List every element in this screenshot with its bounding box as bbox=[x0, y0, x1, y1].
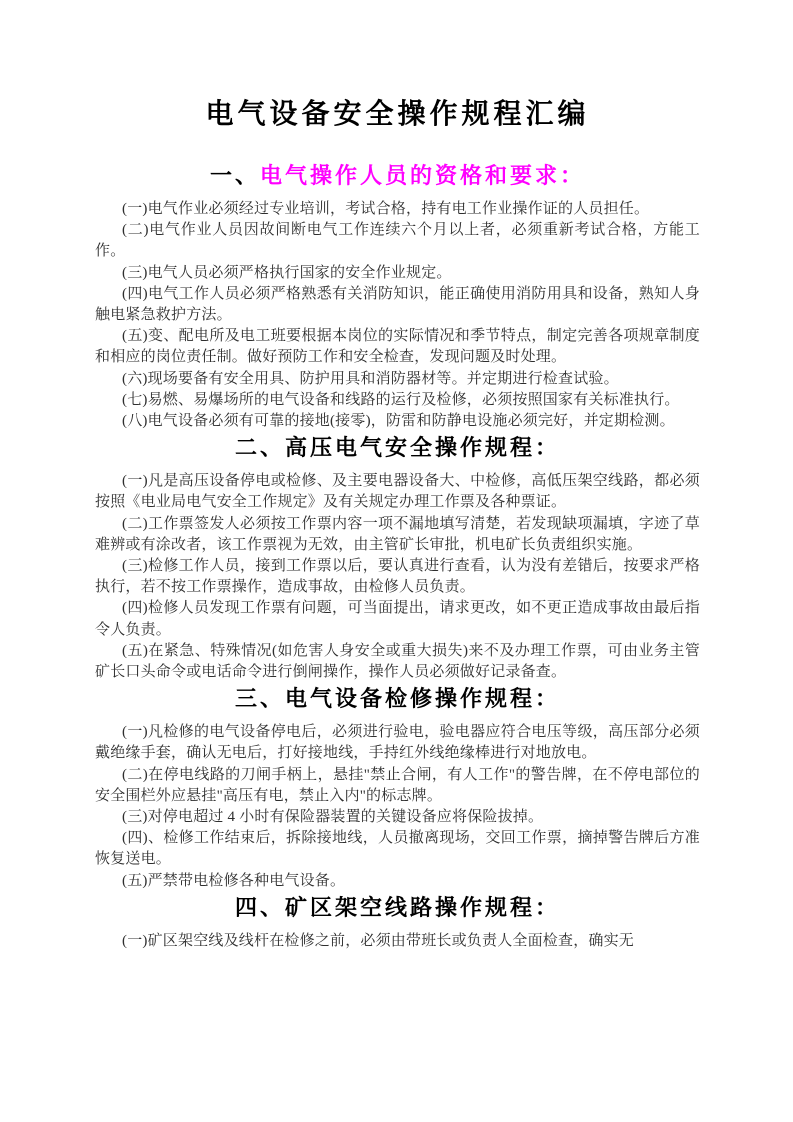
paragraph: (二)工作票签发人必须按工作票内容一项不漏地填写清楚，若发现缺项漏填，字迹了草难… bbox=[95, 514, 700, 556]
paragraph: (五)严禁带电检修各种电气设备。 bbox=[95, 871, 700, 892]
paragraph: (八)电气设备必须有可靠的接地(接零)，防雷和防静电设施必须完好，并定期检测。 bbox=[95, 411, 700, 432]
paragraph: (一)电气作业必须经过专业培训，考试合格，持有电工作业操作证的人员担任。 bbox=[95, 199, 700, 220]
section-3-title: 电气设备检修操作规程： bbox=[285, 686, 560, 711]
paragraph: (四)检修人员发现工作票有问题，可当面提出，请求更改，如不更正造成事故由最后指令… bbox=[95, 598, 700, 640]
section-2-title: 高压电气安全操作规程： bbox=[285, 435, 560, 460]
section-1-title: 电气操作人员的资格和要求： bbox=[260, 163, 585, 188]
paragraph: (三)检修工作人员，接到工作票以后，要认真进行查看，认为没有差错后，按要求严格执… bbox=[95, 556, 700, 598]
paragraph: (三)电气人员必须严格执行国家的安全作业规定。 bbox=[95, 263, 700, 284]
paragraph: (一)矿区架空线及线杆在检修之前，必须由带班长或负责人全面检查，确实无 bbox=[95, 931, 700, 952]
section-3-heading: 三、电气设备检修操作规程： bbox=[95, 685, 700, 713]
paragraph: (二)电气作业人员因故间断电气工作连续六个月以上者，必须重新考试合格，方能工作。 bbox=[95, 220, 700, 262]
section-4: 四、矿区架空线路操作规程： (一)矿区架空线及线杆在检修之前，必须由带班长或负责… bbox=[95, 894, 700, 952]
paragraph: (一)凡是高压设备停电或检修、及主要电器设备大、中检修，高低压架空线路，都必须按… bbox=[95, 471, 700, 513]
paragraph: (四)、检修工作结束后，拆除接地线，人员撤离现场，交回工作票，摘掉警告牌后方准恢… bbox=[95, 828, 700, 870]
paragraph: (四)电气工作人员必须严格熟悉有关消防知识，能正确使用消防用具和设备，熟知人身触… bbox=[95, 284, 700, 326]
section-1-number: 一、 bbox=[210, 163, 260, 188]
section-3-number: 三、 bbox=[235, 686, 285, 711]
paragraph: (一)凡检修的电气设备停电后，必须进行验电，验电器应符合电压等级，高压部分必须戴… bbox=[95, 722, 700, 764]
document-page: 电气设备安全操作规程汇编 一、电气操作人员的资格和要求： (一)电气作业必须经过… bbox=[0, 0, 793, 1122]
paragraph: (六)现场要备有安全用具、防护用具和消防器材等。并定期进行检查试验。 bbox=[95, 369, 700, 390]
section-2-number: 二、 bbox=[235, 435, 285, 460]
document-title: 电气设备安全操作规程汇编 bbox=[95, 98, 700, 132]
section-1-heading: 一、电气操作人员的资格和要求： bbox=[95, 162, 700, 190]
paragraph: (五)变、配电所及电工班要根据本岗位的实际情况和季节特点，制定完善各项规章制度和… bbox=[95, 326, 700, 368]
section-4-heading: 四、矿区架空线路操作规程： bbox=[95, 894, 700, 922]
section-4-title: 矿区架空线路操作规程： bbox=[285, 895, 560, 920]
paragraph: (七)易燃、易爆场所的电气设备和线路的运行及检修，必须按照国家有关标准执行。 bbox=[95, 390, 700, 411]
section-4-number: 四、 bbox=[235, 895, 285, 920]
section-2-heading: 二、高压电气安全操作规程： bbox=[95, 434, 700, 462]
section-3: 三、电气设备检修操作规程： (一)凡检修的电气设备停电后，必须进行验电，验电器应… bbox=[95, 685, 700, 892]
paragraph: (五)在紧急、特殊情况(如危害人身安全或重大损失)来不及办理工作票，可由业务主管… bbox=[95, 641, 700, 683]
section-1: 一、电气操作人员的资格和要求： (一)电气作业必须经过专业培训，考试合格，持有电… bbox=[95, 162, 700, 432]
paragraph: (二)在停电线路的刀闸手柄上，悬挂"禁止合闸，有人工作"的警告牌，在不停电部位的… bbox=[95, 765, 700, 807]
section-2: 二、高压电气安全操作规程： (一)凡是高压设备停电或检修、及主要电器设备大、中检… bbox=[95, 434, 700, 683]
paragraph: (三)对停电超过 4 小时有保险器装置的关键设备应将保险拔掉。 bbox=[95, 807, 700, 828]
